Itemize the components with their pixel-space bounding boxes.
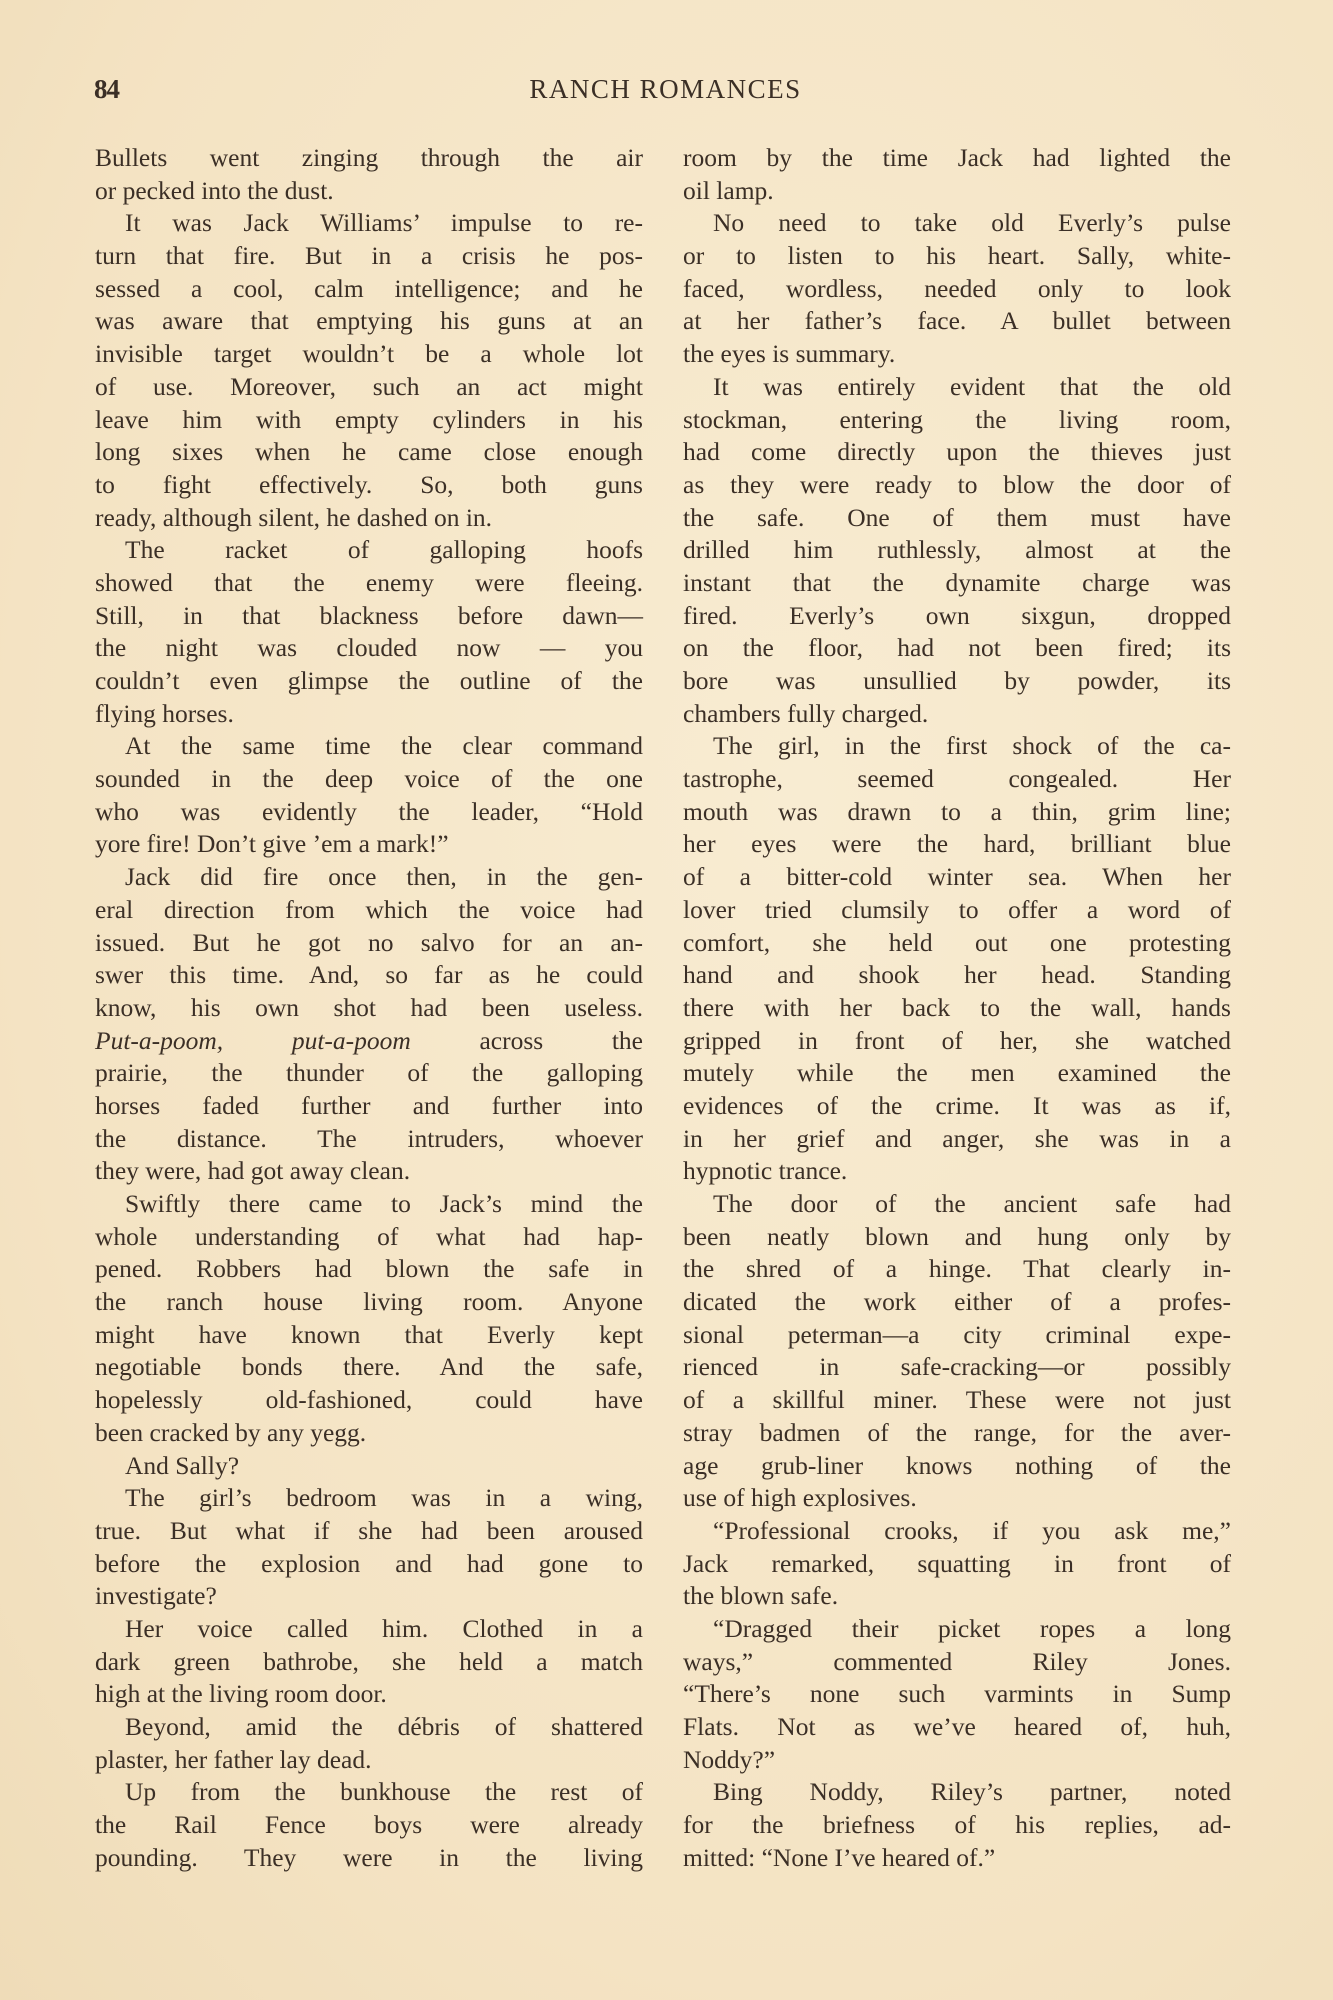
text-line: as they were ready to blow the door of (683, 469, 1231, 502)
text-line: before the explosion and had gone to (95, 1548, 643, 1581)
text-line: negotiable bonds there. And the safe, (95, 1351, 643, 1384)
text-line: investigate? (95, 1580, 643, 1613)
text-line: Jack remarked, squatting in front of (683, 1548, 1231, 1581)
text-line: the distance. The intruders, whoever (95, 1123, 643, 1156)
text-line: comfort, she held out one protesting (683, 927, 1231, 960)
text-line: room by the time Jack had lighted the (683, 142, 1231, 175)
text-line: the shred of a hinge. That clearly in- (683, 1253, 1231, 1286)
text-line: drilled him ruthlessly, almost at the (683, 534, 1231, 567)
text-line: been neatly blown and hung only by (683, 1221, 1231, 1254)
text-line: At the same time the clear command (95, 730, 643, 763)
italic-text: Put-a-poom, put-a-poom (95, 1026, 411, 1055)
text-line: instant that the dynamite charge was (683, 567, 1231, 600)
text-line: flying horses. (95, 698, 643, 731)
text-line: leave him with empty cylinders in his (95, 404, 643, 437)
text-line: couldn’t even glimpse the outline of the (95, 665, 643, 698)
text-line: the night was clouded now — you (95, 632, 643, 665)
text-line: fired. Everly’s own sixgun, dropped (683, 600, 1231, 633)
text-line: gripped in front of her, she watched (683, 1025, 1231, 1058)
text-line: issued. But he got no salvo for an an- (95, 927, 643, 960)
text-line: or pecked into the dust. (95, 175, 643, 208)
text-line: the Rail Fence boys were already (95, 1809, 643, 1842)
text-line: they were, had got away clean. (95, 1155, 643, 1188)
text-line: showed that the enemy were fleeing. (95, 567, 643, 600)
text-line: hypnotic trance. (683, 1155, 1231, 1188)
text-line: bore was unsullied by powder, its (683, 665, 1231, 698)
text-line: faced, wordless, needed only to look (683, 273, 1231, 306)
text-line: No need to take old Everly’s pulse (683, 207, 1231, 240)
text-line: dark green bathrobe, she held a match (95, 1646, 643, 1679)
text-line: chambers fully charged. (683, 698, 1231, 731)
text-line: pounding. They were in the living (95, 1842, 643, 1875)
text-line: Bing Noddy, Riley’s partner, noted (683, 1776, 1231, 1809)
text-line: to fight effectively. So, both guns (95, 469, 643, 502)
text-line: sessed a cool, calm intelligence; and he (95, 273, 643, 306)
text-line: long sixes when he came close enough (95, 436, 643, 469)
text-line: oil lamp. (683, 175, 1231, 208)
text-line: It was entirely evident that the old (683, 371, 1231, 404)
text-line: the ranch house living room. Anyone (95, 1286, 643, 1319)
text-line: mouth was drawn to a thin, grim line; (683, 796, 1231, 829)
text-line: rienced in safe-cracking—or possibly (683, 1351, 1231, 1384)
text-line: the blown safe. (683, 1580, 1231, 1613)
text-line: at her father’s face. A bullet between (683, 305, 1231, 338)
text-line: “Dragged their picket ropes a long (683, 1613, 1231, 1646)
text-line: turn that fire. But in a crisis he pos- (95, 240, 643, 273)
text-line: Still, in that blackness before dawn— (95, 600, 643, 633)
text-line: Bullets went zinging through the air (95, 142, 643, 175)
text-line: know, his own shot had been useless. (95, 992, 643, 1025)
text-line: Up from the bunkhouse the rest of (95, 1776, 643, 1809)
text-line: use of high explosives. (683, 1482, 1231, 1515)
text-line: been cracked by any yegg. (95, 1417, 643, 1450)
text-line: or to listen to his heart. Sally, white- (683, 240, 1231, 273)
text-line: plaster, her father lay dead. (95, 1744, 643, 1777)
text-line: Noddy?” (683, 1744, 1231, 1777)
text-line: was aware that emptying his guns at an (95, 305, 643, 338)
text-line: swer this time. And, so far as he could (95, 959, 643, 992)
text-line: mutely while the men examined the (683, 1057, 1231, 1090)
text-line: hand and shook her head. Standing (683, 959, 1231, 992)
text-line: Swiftly there came to Jack’s mind the (95, 1188, 643, 1221)
text-line: lover tried clumsily to offer a word of (683, 894, 1231, 927)
text-line: for the briefness of his replies, ad- (683, 1809, 1231, 1842)
text-line: in her grief and anger, she was in a (683, 1123, 1231, 1156)
text-line: on the floor, had not been fired; its (683, 632, 1231, 665)
text-line: whole understanding of what had hap- (95, 1221, 643, 1254)
text-line: stray badmen of the range, for the aver- (683, 1417, 1231, 1450)
text-line: pened. Robbers had blown the safe in (95, 1253, 643, 1286)
text-line: invisible target wouldn’t be a whole lot (95, 338, 643, 371)
text-line: had come directly upon the thieves just (683, 436, 1231, 469)
text-line: Her voice called him. Clothed in a (95, 1613, 643, 1646)
text-line: age grub-liner knows nothing of the (683, 1450, 1231, 1483)
text-line: And Sally? (95, 1450, 643, 1483)
running-title-text: RANCH ROMANCES (529, 74, 801, 104)
text-line: the safe. One of them must have (683, 502, 1231, 535)
text-line: sounded in the deep voice of the one (95, 763, 643, 796)
text-line: prairie, the thunder of the galloping (95, 1057, 643, 1090)
text-line: “There’s none such varmints in Sump (683, 1678, 1231, 1711)
text-line: the eyes is summary. (683, 338, 1231, 371)
text-line: horses faded further and further into (95, 1090, 643, 1123)
text-line: of a bitter-cold winter sea. When her (683, 861, 1231, 894)
text-line: true. But what if she had been aroused (95, 1515, 643, 1548)
text-line: might have known that Everly kept (95, 1319, 643, 1352)
text-line: yore fire! Don’t give ’em a mark!” (95, 828, 643, 861)
text-line: Beyond, amid the débris of shattered (95, 1711, 643, 1744)
text-line: sional peterman—a city criminal expe- (683, 1319, 1231, 1352)
text-line: The girl’s bedroom was in a wing, (95, 1482, 643, 1515)
text-line: The racket of galloping hoofs (95, 534, 643, 567)
text-line: Jack did fire once then, in the gen- (95, 861, 643, 894)
text-line: there with her back to the wall, hands (683, 992, 1231, 1025)
running-title: RANCH ROMANCES (0, 74, 1333, 105)
text-line: It was Jack Williams’ impulse to re- (95, 207, 643, 240)
text-line: The girl, in the first shock of the ca- (683, 730, 1231, 763)
text-line: of a skillful miner. These were not just (683, 1384, 1231, 1417)
text-line: high at the living room door. (95, 1678, 643, 1711)
text-line: hopelessly old-fashioned, could have (95, 1384, 643, 1417)
text-line: eral direction from which the voice had (95, 894, 643, 927)
text-line: ways,” commented Riley Jones. (683, 1646, 1231, 1679)
text-line: dicated the work either of a profes- (683, 1286, 1231, 1319)
text-line: mitted: “None I’ve heared of.” (683, 1842, 1231, 1875)
text-line: of use. Moreover, such an act might (95, 371, 643, 404)
text-line: Put-a-poom, put-a-poom across the (95, 1025, 643, 1058)
text-line: “Professional crooks, if you ask me,” (683, 1515, 1231, 1548)
text-line: stockman, entering the living room, (683, 404, 1231, 437)
left-column: Bullets went zinging through the airor p… (95, 142, 643, 1874)
text-line: who was evidently the leader, “Hold (95, 796, 643, 829)
text-line: The door of the ancient safe had (683, 1188, 1231, 1221)
text-line: Flats. Not as we’ve heared of, huh, (683, 1711, 1231, 1744)
right-column: room by the time Jack had lighted theoil… (683, 142, 1231, 1874)
text-line: her eyes were the hard, brilliant blue (683, 828, 1231, 861)
text-line: tastrophe, seemed congealed. Her (683, 763, 1231, 796)
text-line: ready, although silent, he dashed on in. (95, 502, 643, 535)
text-line: evidences of the crime. It was as if, (683, 1090, 1231, 1123)
